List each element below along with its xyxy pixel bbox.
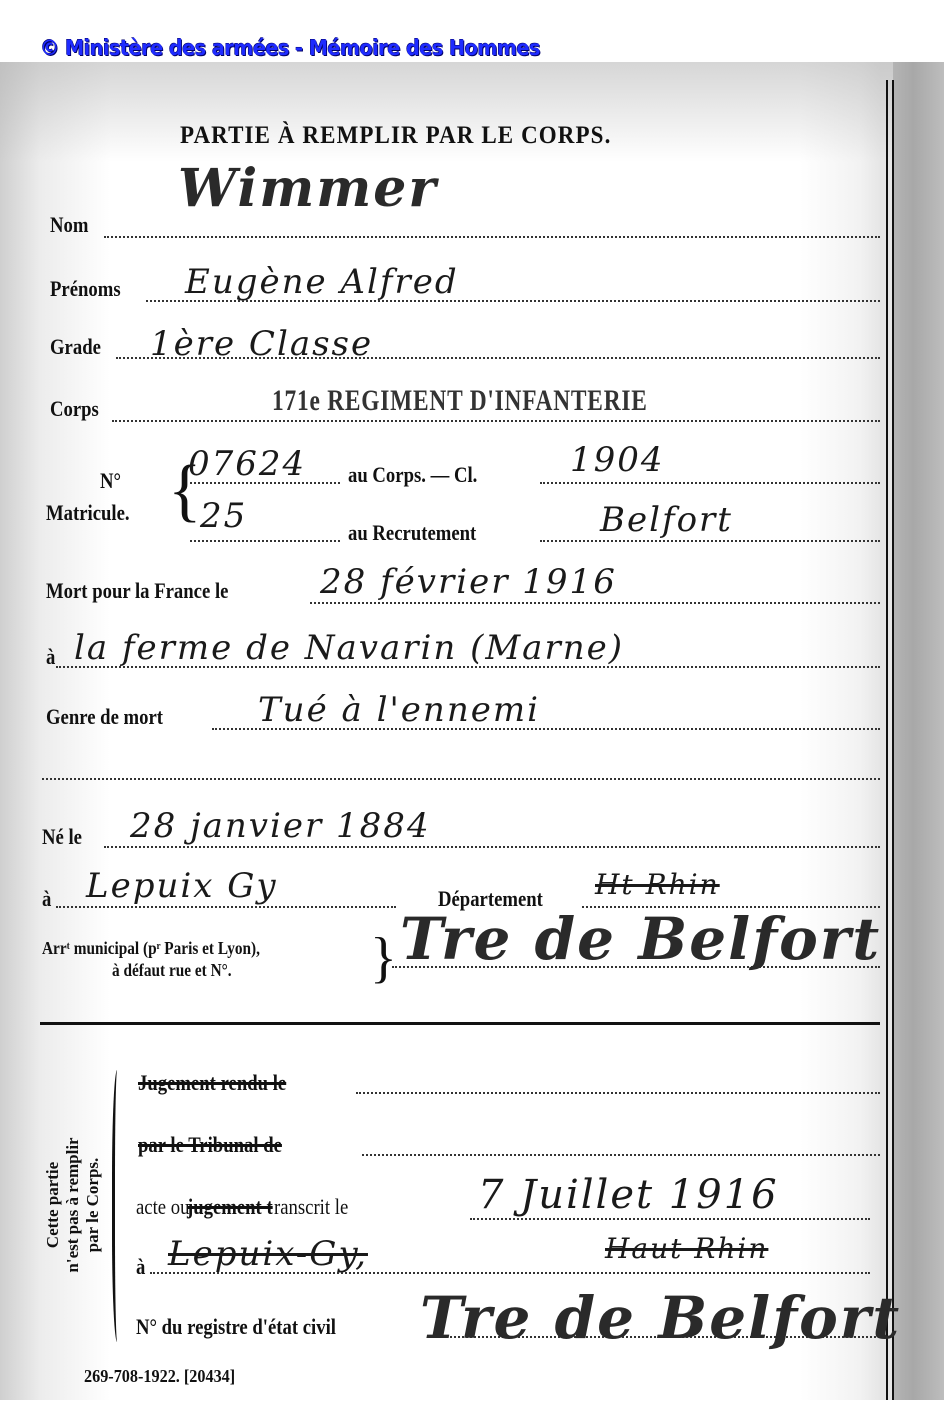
form-title: PARTIE À REMPLIR PAR LE CORPS. (180, 122, 611, 150)
recrutement-line (190, 540, 340, 542)
departement-struck-value: Ht Rhin (595, 868, 720, 901)
nom-label: Nom (50, 212, 88, 238)
corps-label: Corps (50, 396, 99, 422)
side-note-line-3: par le Corps. (83, 1137, 103, 1272)
matricule-no-label: N° (100, 468, 121, 494)
prenoms-value: Eugène Alfred (185, 262, 459, 302)
transcrit-a-label: à (136, 1254, 145, 1280)
recrutement-value: 25 (200, 496, 247, 536)
registre-label: N° du registre d'état civil (136, 1314, 336, 1340)
mort-line (310, 602, 880, 604)
acte-label: acte oujugement transcrit le (136, 1194, 361, 1220)
tribunal-label: par le Tribunal de (138, 1132, 282, 1158)
arrondissement-brace: } (370, 930, 397, 986)
ne-a-line (56, 906, 396, 908)
acte-label-b: ranscrit le (274, 1194, 348, 1220)
lower-brace (112, 1070, 125, 1342)
lieu-mort-value: la ferme de Navarin (Marne) (74, 628, 624, 668)
au-corps-label: au Corps. — Cl. (348, 462, 477, 488)
genre-mort-line (212, 728, 880, 730)
prenoms-label: Prénoms (50, 276, 121, 302)
mort-label: Mort pour la France le (46, 578, 228, 604)
section-divider (40, 1022, 880, 1025)
matricule-label: Matricule. (46, 500, 130, 526)
acte-label-a: acte ou (136, 1194, 189, 1220)
jugement-label: Jugement rendu le (138, 1070, 286, 1096)
transcrit-a-struck: Haut Rhin (605, 1232, 768, 1265)
nom-line (104, 236, 880, 238)
ne-le-label: Né le (42, 824, 82, 850)
transcrit-a-value: Lepuix-Gy, (168, 1234, 368, 1274)
copyright-watermark: © Ministère des armées - Mémoire des Hom… (40, 36, 540, 60)
jugement-line (356, 1092, 880, 1094)
acte-line (470, 1218, 870, 1220)
side-note: Cette partie n'est pas à remplir par le … (28, 1080, 118, 1330)
au-corps-line (190, 482, 340, 484)
ne-le-value: 28 janvier 1884 (130, 806, 431, 846)
territoire-value: Tre de Belfort (420, 1284, 901, 1352)
genre-mort-value: Tué à l'ennemi (258, 690, 540, 730)
recrutement-place-value: Belfort (600, 500, 733, 540)
side-note-line-1: Cette partie (43, 1137, 63, 1272)
ne-le-line (104, 846, 880, 848)
paper-edge (893, 62, 944, 1400)
ne-a-value: Lepuix Gy (86, 866, 278, 906)
prenoms-line (146, 300, 880, 302)
mort-date-value: 28 février 1916 (320, 562, 617, 602)
acte-label-struck: jugement t (187, 1194, 273, 1220)
corps-stamp: 171e REGIMENT D'INFANTERIE (272, 384, 648, 418)
classe-line (540, 482, 880, 484)
nom-value: Wimmer (178, 158, 438, 219)
corps-line (112, 420, 880, 422)
acte-value: 7 Juillet 1916 (478, 1172, 779, 1218)
vertical-rule (892, 80, 894, 1400)
form-reference: 269-708-1922. [20434] (84, 1366, 235, 1387)
arrondissement-label: Arrᵗ municipal (pʳ Paris et Lyon), (42, 938, 260, 959)
grade-label: Grade (50, 334, 101, 360)
lieu-mort-label: à (46, 644, 55, 670)
classe-value: 1904 (570, 440, 665, 480)
ne-a-label: à (42, 886, 51, 912)
side-note-line-2: n'est pas à remplir (63, 1137, 83, 1272)
grade-line (116, 357, 880, 359)
recrutement-place-line (540, 540, 880, 542)
departement-value: Tre de Belfort (400, 905, 881, 973)
transcrit-a-line (150, 1272, 870, 1274)
genre-mort-label: Genre de mort (46, 704, 163, 730)
arrondissement-label-2: à défaut rue et N°. (112, 960, 232, 981)
matricule-au-corps-value: 07624 (188, 444, 306, 484)
lieu-mort-line (56, 666, 880, 668)
recrutement-label: au Recrutement (348, 520, 476, 546)
tribunal-line (362, 1154, 880, 1156)
vertical-rule (886, 80, 888, 1400)
blank-line (42, 778, 880, 780)
